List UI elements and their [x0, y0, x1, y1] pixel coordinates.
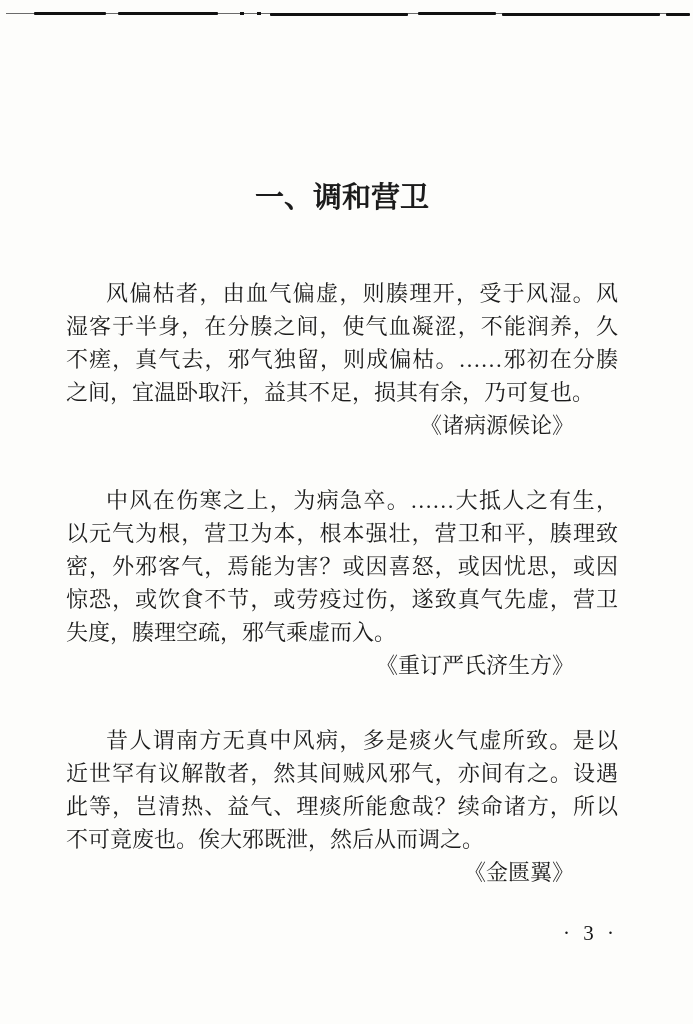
text-line: 失度，腠理空疏，邪气乘虚而入。 — [66, 616, 618, 649]
text-line: 不可竟废也。俟大邪既泄，然后从而调之。 — [66, 823, 618, 856]
text-line: 中风在伤寒之上，为病急卒。……大抵人之有生， — [66, 484, 618, 517]
source-citation: 《重订严氏济生方》 — [66, 649, 618, 682]
paragraph: 昔人谓南方无真中风病，多是痰火气虚所致。是以近世罕有议解散者，然其间贼风邪气，亦… — [66, 724, 618, 889]
text-line: 之间，宜温卧取汗，益其不足，损其有余，乃可复也。 — [66, 376, 618, 409]
page-number: · 3 · — [66, 920, 656, 946]
text-line: 惊恐，或饮食不节，或劳疫过伤，遂致真气先虚，营卫 — [66, 583, 618, 616]
text-line: 密，外邪客气，焉能为害？或因喜怒，或因忧思，或因 — [66, 550, 618, 583]
text-column: 一、调和营卫 风偏枯者，由血气偏虚，则腠理开，受于风湿。风湿客于半身，在分腠之间… — [66, 0, 618, 889]
text-line: 近世罕有议解散者，然其间贼风邪气，亦间有之。设遇 — [66, 757, 618, 790]
paragraph: 风偏枯者，由血气偏虚，则腠理开，受于风湿。风湿客于半身，在分腠之间，使气血凝涩，… — [66, 277, 618, 442]
text-line: 此等，岂清热、益气、理痰所能愈哉？续命诸方，所以 — [66, 790, 618, 823]
text-line: 风偏枯者，由血气偏虚，则腠理开，受于风湿。风 — [66, 277, 618, 310]
book-page: 一、调和营卫 风偏枯者，由血气偏虚，则腠理开，受于风湿。风湿客于半身，在分腠之间… — [0, 0, 693, 1024]
source-citation: 《诸病源候论》 — [66, 409, 618, 442]
text-line: 以元气为根，营卫为本，根本强壮，营卫和平，腠理致 — [66, 517, 618, 550]
paragraphs: 风偏枯者，由血气偏虚，则腠理开，受于风湿。风湿客于半身，在分腠之间，使气血凝涩，… — [66, 277, 618, 889]
text-line: 湿客于半身，在分腠之间，使气血凝涩，不能润养，久 — [66, 310, 618, 343]
paragraph: 中风在伤寒之上，为病急卒。……大抵人之有生，以元气为根，营卫为本，根本强壮，营卫… — [66, 484, 618, 682]
source-citation: 《金匮翼》 — [66, 856, 618, 889]
text-line: 昔人谓南方无真中风病，多是痰火气虚所致。是以 — [66, 724, 618, 757]
section-title: 一、调和营卫 — [66, 181, 618, 215]
text-line: 不瘥，真气去，邪气独留，则成偏枯。……邪初在分腠 — [66, 343, 618, 376]
